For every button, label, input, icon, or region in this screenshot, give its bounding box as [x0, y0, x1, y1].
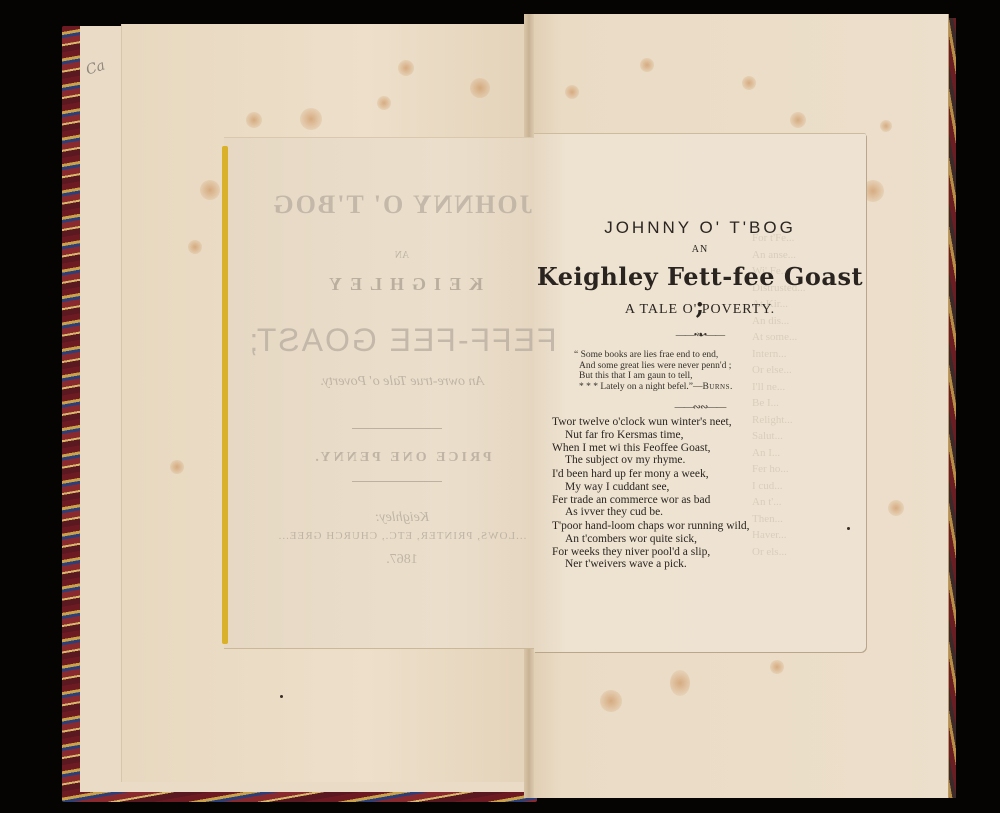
foxing-stain — [880, 120, 892, 132]
epigraph-line-text: * * * Lately on a night befel.”— — [579, 382, 702, 392]
stanza: T'poor hand-loom chaps wor running wild,… — [552, 520, 856, 571]
verse-line: Ner t'weivers wave a pick. — [552, 558, 856, 571]
verse-line: My way I cuddant see, — [552, 481, 856, 494]
mirrored-goast: FEFF-FEE GOAST; — [232, 322, 572, 359]
verse-line: An t'combers wor quite sick, — [552, 533, 856, 546]
mirrored-title-page: JOHNNY O' T'BOG AN KEIGHLEY FEFF-FEE GOA… — [232, 138, 572, 648]
epigraph-attribution: Burns. — [702, 382, 732, 392]
page-subtitle: A TALE O' POVERTY. — [534, 302, 866, 318]
ornament-divider-icon: ——•❧•—— — [534, 330, 866, 341]
epigraph-line: * * * Lately on a night befel.”—Burns. — [574, 382, 846, 393]
foxing-stain — [742, 76, 756, 90]
epigraph: “ Some books are lies frae end to end, A… — [574, 350, 846, 392]
foxing-stain — [398, 60, 414, 76]
verse-line: As ivver they cud be. — [552, 506, 856, 519]
ornament-divider-icon: ——∾∾—— — [534, 402, 866, 413]
foxing-stain — [640, 58, 654, 72]
mirrored-printer: ...LOWS, PRINTER, ETC., CHURCH GREE... — [232, 530, 572, 542]
foxing-stain — [565, 85, 579, 99]
epigraph-line: And some great lies were never penn'd ; — [574, 361, 846, 372]
verse-line: Nut far fro Kersmas time, — [552, 429, 856, 442]
verse-line: Twor twelve o'clock wun winter's neet, — [552, 416, 856, 429]
verse-line: I'd been hard up fer mony a week, — [552, 468, 856, 481]
mirrored-title: JOHNNY O' T'BOG — [232, 190, 572, 220]
pamphlet-yellow-edge — [222, 146, 228, 644]
verse-line: When I met wi this Feoffee Goast, — [552, 442, 856, 455]
epigraph-line: But this that I am gaun to tell, — [574, 371, 846, 382]
foxing-stain — [246, 112, 262, 128]
foxing-stain — [300, 108, 322, 130]
printed-page: JOHNNY O' T'BOG AN Keighley Fett-fee Goa… — [534, 134, 866, 652]
ink-speck — [280, 695, 283, 698]
verse-line: For weeks they niver pool'd a slip, — [552, 546, 856, 559]
mirrored-price: PRICE ONE PENNY. — [232, 450, 572, 466]
foxing-stain — [670, 670, 690, 696]
foxing-stain — [470, 78, 490, 98]
verse-line: Fer trade an commerce wor as bad — [552, 494, 856, 507]
foxing-stain — [188, 240, 202, 254]
mirrored-year: 1867. — [232, 552, 572, 568]
page-title: JOHNNY O' T'BOG — [534, 218, 866, 238]
foxing-stain — [377, 96, 391, 110]
foxing-stain — [200, 180, 220, 200]
ink-speck — [847, 527, 850, 530]
foxing-stain — [170, 460, 184, 474]
foxing-stain — [888, 500, 904, 516]
page-an: AN — [534, 244, 866, 255]
mirrored-place: Keighley: — [232, 510, 572, 526]
foxing-stain — [600, 690, 622, 712]
stanza: I'd been hard up fer mony a week, My way… — [552, 468, 856, 519]
verse-line: T'poor hand-loom chaps wor running wild, — [552, 520, 856, 533]
mirrored-subtitle: An owre-true Tale o' Poverty. — [232, 374, 572, 390]
foxing-stain — [770, 660, 784, 674]
foxing-stain — [790, 112, 806, 128]
mirrored-rule — [352, 481, 442, 482]
verse-line: The subject ov my rhyme. — [552, 454, 856, 467]
epigraph-line: “ Some books are lies frae end to end, — [574, 350, 846, 361]
mirrored-keighley: KEIGHLEY — [232, 274, 572, 295]
mirrored-rule — [352, 428, 442, 429]
stanza: Twor twelve o'clock wun winter's neet, N… — [552, 416, 856, 467]
mirrored-an: AN — [232, 250, 572, 261]
